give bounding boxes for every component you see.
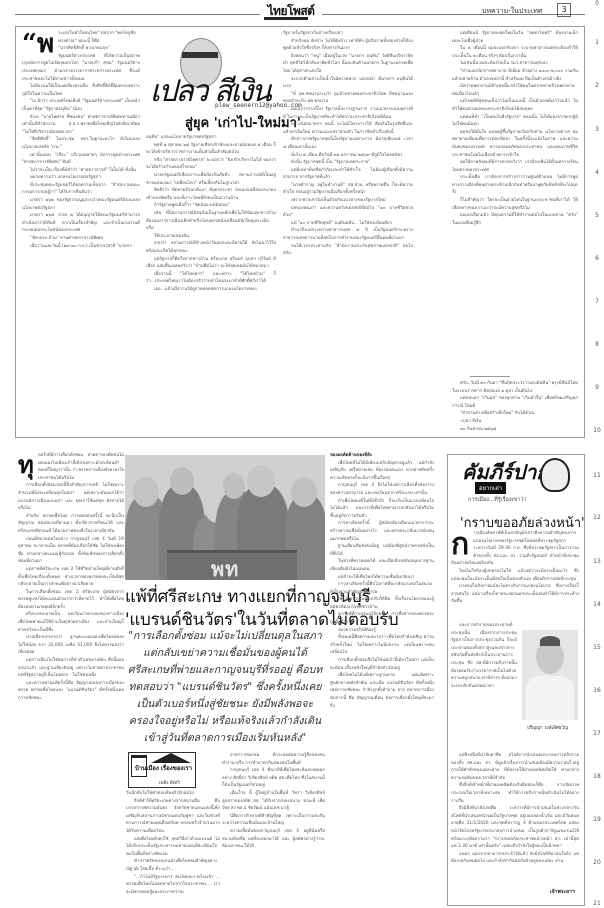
paragraph: หรือ "ศาสตราจารย์ไพศาล" จะบอกว่า "ยังเข้… (146, 157, 276, 172)
paragraph: ผมเองเลือกแล้ว มีคุณความดีให้ทำงานต่อไปใ… (452, 212, 578, 227)
party-logo-text: พท (211, 553, 239, 580)
ruler-mark: 13 (590, 558, 604, 565)
paragraph: ศรีสะเกษกลายเป็น บทเรียนราคาแพงของการเมื… (18, 611, 124, 634)
paragraph: เท่านั้นเหละ "เกือะ" บริเวณหลายๆ นักการท… (22, 152, 140, 167)
ruler-mark: 17 (590, 730, 604, 737)
paragraph: การเลือกตั้งซ่อมจึงไม่ใช่แค่เก้าอี้เดียว… (330, 657, 434, 672)
paragraph: เช่น ที่นี่สถานการณ์ปัจจุบันเป็นฐานหลักเ… (146, 210, 276, 233)
closing-divider (470, 376, 510, 377)
paragraph: ถ้ารัฐบาลพูดเมื่อกี้ว่า "ชุดน้อย-แต่ต่อเ… (146, 202, 276, 210)
side-column-byline: เจ้าพระยาฯ (550, 888, 575, 896)
person-head (133, 477, 159, 507)
paragraph: วันนี้กลับไม่ใช่คำตอบที่ลงตัวอีกต่อไป (126, 790, 220, 798)
paragraph: สรุปว่า สถานการณ์ที่ข้างหน้าวันออกและอีส… (146, 240, 276, 255)
paragraph: ใน ๔ เดือนนี้ ผมจะบอกกับเขา ระบาดสาธารณส… (452, 45, 578, 60)
ruler-mark: 15 (590, 644, 604, 651)
logo-underline (264, 17, 308, 20)
side-column-logo-subtitle: อยากเล่า (475, 482, 506, 494)
paragraph: แต่โดยดีที่สุดคนเห็นว่าไม่เป็นแบบนี้ เป็… (452, 98, 578, 113)
paragraph: คิดถึงว่า ที่ตลาดล้วนกลับมา ที่อุดรประชา… (146, 187, 276, 202)
closing-wish: แต่ขอบอก "เวินอุล" ของทุกท่าน "เวินดำริ้… (452, 395, 578, 410)
top-article-col-1: “พ ระเอกในหัวใจคนไทย" ต่อจาก "พลโทกูชัย … (22, 30, 140, 432)
paragraph: อาคาร-สุขเกษม ที่กระทบต่อความรู้สึกของคน… (222, 752, 325, 767)
bottom-article-col-3: อาคาร-สุขเกษม ที่กระทบต่อความรู้สึกของคน… (222, 752, 325, 906)
paragraph: ความเชื่อมั่นของกาญจนบุรี เขต 4 อยู่ที่น… (222, 828, 325, 851)
photo-caption: ปริญญา วงษ์เลิศธวัญ (527, 724, 568, 731)
ruler-mark: 2 (590, 82, 604, 89)
paragraph: หมายความว่า แถลงนโยบายต่อรัฐสภา (22, 174, 140, 182)
paragraph: ไม่ว่าจะเป็น เรื่องที่มีคำว่า "ศาสตราจาร… (22, 167, 140, 175)
paragraph: ก็ไม่สำคัญว่า ใครจะเป็นฝ่ายไหนในฐานะประช… (452, 197, 578, 212)
paragraph: ถ้าเพื่อไทยแพ้ในที่นี่ซ้ำอีก ก็จะเริ่มเป… (330, 498, 434, 521)
paragraph: ฝั่งสดนว่า "หนู" เมื่ออยู่ในเวท "นายกฯ อ… (283, 53, 413, 76)
ruler-mark: 4 (590, 169, 604, 176)
closing-signoff: -เปลว สีเงิน (452, 418, 578, 426)
candidates-photo: พท (125, 455, 325, 580)
politician-shirt (526, 676, 574, 720)
paragraph: นับไป ๔ เดือน คือวันที่ ๓๑ มกราคม ๒๕๖๙ ท… (283, 152, 413, 160)
paragraph: เมื่อเร็วๆ นี้ ผู้ใหญ่บ้านในพื้นที่ วัชร… (222, 790, 325, 813)
paragraph: การหาเสียงครั้งนี้คือโอกาสที่จะกลับมาแข่… (330, 581, 434, 596)
paragraph: จะบวกตัวอย่างเป็นน้ำใจมีพรรคพวก แต่งหน้า… (283, 76, 413, 91)
paragraph: "ชัด-ครบ-ถ้วน" ท่านศาสตราจารย์พิเศษ (22, 235, 140, 243)
column-logo-title: บ้านเมือง เรื่องของเรา (135, 765, 195, 772)
dropcap: ก (451, 532, 469, 558)
side-column-text-top: ก ารเมืองสัปดาห์ที่เป็นสาคัญมีกล่าวถึงคว… (451, 530, 579, 620)
closing-date: ๓๐ กันยายน ๒๕๖๘ (452, 426, 578, 434)
politician-photo (522, 630, 578, 720)
paragraph: เพื่อไทยจำเป็นต้องปรับวิธีคิด ทั้งเรื่อง… (330, 596, 434, 611)
paragraph: นายกรัฐมนตรีเลือกภาระเพื่อป้องกันภัยทั่ว… (146, 172, 276, 187)
paragraph: นี่คือการท้าทายที่สำคัญที่สุด เพราะเป็นก… (222, 813, 325, 828)
paragraph: "สิทธิศักดิ์" ไม่ประชุม ปคร.ในฐานะอะไร ย… (22, 136, 140, 151)
ruler-mark: 18 (590, 773, 604, 780)
paragraph: เมื่อวานนี้ "ได้ไทยคาร" และเพราะ "ได้ไทย… (146, 271, 276, 286)
paragraph: การเลือกตั้งซ่อมรอบนี้จึงสำคัญกว่าปกติ ไ… (18, 482, 124, 512)
paragraph: แต่สิ่งหนึ่งที่น่าจับตาคือ สไลด์การนำเสน… (451, 752, 579, 782)
dropcap: “พ (22, 32, 54, 56)
ruler-mark: 10 (590, 427, 604, 434)
top-article-col-4: แต่เดือนนี้ รัฐบาลจะชุดใหม่ในวัน "ลดยาไต… (452, 30, 578, 365)
ruler-mark: 20 (590, 859, 604, 866)
paragraph: "ท่านบอกนักการพยาบาล ดีเยี่ยม ตัวอย่าง ๑… (452, 68, 578, 83)
paragraph: กาญจนบุรี เขต 4 จึงไม่ใช่แค่การเลือกตั้ง… (330, 482, 434, 497)
politician-hair (540, 636, 560, 646)
paragraph: ซึ่งสิ่งที่เจ้าหน้าที่ฝ่ายเทคนิคต้องรับผ… (451, 782, 579, 805)
bottom-article-col-1: ทุ กครั้งที่มีการเลือกตั้งซ่อม สาดตารองต… (18, 452, 124, 906)
ruler-mark: 0 (590, 0, 604, 7)
sketch-glasses (182, 52, 218, 58)
column-logo-roof-icon (151, 753, 191, 763)
paragraph: จนได้เวลาประสานกับ "สำนักงานประกันสุขภาพ… (283, 243, 413, 258)
paragraph: "ที่ นพ.ชลน่านระบุว่า ดูแล้วหลายคนประชาธ… (283, 91, 413, 106)
paragraph: และการทำงานของประธานที่ประชุมนั้น เนื่อง… (451, 622, 517, 690)
ruler-mark: 3 (590, 126, 604, 133)
paragraph: ผมขอให้มั่นใจ ผมขอผู้ขึ้นรัฐบาลเรียกกับท… (452, 129, 578, 159)
paragraph: ในการเลือกตั้งซ่อม เขต 2 ศรีสะเกษ ผู้สมั… (18, 589, 124, 612)
paragraph: แหม่ๆ นอกจากสามารถประจำได้แล้ว ยังมีสไลด… (451, 851, 579, 866)
paragraph: ฐานเสียงเดิมยังคงมีอยู่ แต่ต้องพิสูจน์ว่… (330, 543, 434, 558)
paragraph: ใช้ประมาณของมัน (146, 233, 276, 241)
paragraph: "...ถ้าไม่มีรัฐประหาร คนไทยจะรวยไปแล้ว .… (126, 874, 220, 897)
cartoon-face-icon (540, 458, 570, 492)
paragraph: แต่มีเหล่าที่เหลือกำกับและทำให้สำเร็จ ไม… (283, 167, 413, 182)
ruler-mark: 21 (590, 900, 604, 907)
paragraph: ยังเจ "นายไพศาล พืชมงคล" ศาสตราจารย์พิเศ… (22, 114, 140, 137)
paragraph: ทั้งหมดนี้คือความหมายว่า เพื่อไทยกำลังเผ… (330, 634, 434, 657)
paragraph: ของความจริงที่ต้องรู้ (330, 627, 434, 635)
paragraph: แต่เพื่อไทยยังคงใช้ ยุทธวิธีเก่าด้วยแบรน… (126, 836, 220, 859)
paragraph: ทำมาถึงแต่กระทรวงสาธารณสุข ๔ ปี เป็นรัฐม… (283, 227, 413, 242)
paragraph: ต่อให้ภาคสังคมที่มีการคาดหวังว่า เราต้อง… (452, 159, 578, 174)
bottom-article-col-4: ของผลคัดค้านของที่ยัง เพื่อไทยที่ไม่ได้ม… (330, 452, 434, 906)
top-article-col-2: อนุทิน" แถลงนโยบายรัฐบาลต่อรัฐสภา พุธที่… (146, 134, 276, 432)
paragraph: บางคนก็อภิปรายแม้จะไม่ตรงกับการแถลงนโยบา… (451, 583, 579, 606)
paragraph: แต่การเมืองไม่ใช่สมการที่นำตัวเลขมาเทียบ… (18, 657, 124, 680)
paragraph: ของผลคัดค้านของที่ยัง (330, 452, 434, 460)
side-column-text-narrow: และการทำงานของประธานที่ประชุมนั้น เนื่อง… (451, 622, 517, 752)
paragraph: ไม่เช่นนั้น ผมจะต้องไปเป็น รมว.สาธารณสุข… (452, 60, 578, 68)
paragraph: สำหรับผม ฟังบ้าง ไม่ได้ฟังบ้าง เท่าที่ฟั… (283, 38, 413, 53)
paragraph: แต่เดือนนี้ รัฐบาลจะชุดใหม่ในวัน "ลดยาไต… (452, 30, 578, 45)
ruler-mark: 6 (590, 255, 604, 262)
paragraph: ไม่ต้องบ่นให้เป็นแค่เสียงปรบมือ สิ่งศักด… (22, 83, 140, 98)
side-column-text-bottom: แต่สิ่งหนึ่งที่น่าจับตาคือ สไลด์การนำเสน… (451, 752, 579, 882)
paragraph: รัฐบาลในรัฐสภากันบ้างหรือเปล่า (283, 30, 413, 38)
paragraph: นายเสือฯบรรยายว่า ฐานคะแนนของเพื่อไทยลดล… (18, 634, 124, 657)
section-label: บทความ-ในประเทศ (482, 6, 542, 17)
person-head (223, 473, 245, 499)
paragraph: แต่ "๑๐ บาทชีวิตสุขดี" อนุทินคลับ... ไม่… (283, 220, 413, 228)
paragraph: แต่รัฐบาลก็ติดใจจากชาวบ้าน ศรีสะเกษ สุริ… (146, 256, 276, 271)
paragraph: โดยไม่ใช่ร้องผู้ปกครองไม่ใช่ แล้วแต่ว่าจ… (451, 568, 579, 583)
paragraph: ก่อนที่สนามต่อไปอย่าง กาญจนบุรี เขต 4 วั… (18, 536, 124, 566)
paragraph: แต่ถ้าจะให้เพื่อไทยได้ความเชื่อมั่นกลับม… (330, 574, 434, 582)
paragraph: คำปราศรัยของแกนนำเพื่อไทยคนสำคัญอย่าง ณั… (126, 858, 220, 873)
ruler-mark: 14 (590, 601, 604, 608)
bottom-article-col-2: วันนี้กลับไม่ใช่คำตอบที่ลงตัวอีกต่อไป สิ… (126, 790, 220, 906)
person-head (170, 467, 194, 495)
paragraph: ผลของคนเก่า และความหวังของสตรีที่ต่อไป "… (283, 205, 413, 220)
paragraph: มีความพยายามมีตัวเลขนี้มาทำให้คนในพวกหลา… (452, 83, 578, 98)
paragraph: หากแพ้ที่กาญจนบุรีอีกครั้ง การสื่อสารของ… (330, 611, 434, 626)
paragraph: ที่กล่าวภาพรัฐบาลสุดนี้เป็นรัฐบาลเฉพาะกา… (283, 136, 413, 151)
ruler-mark: 7 (590, 298, 604, 305)
paragraph: เมื่อวานและวันนี้ (๒๙-๓๐ ก.ย.) เป็นช่วงเ… (22, 243, 140, 251)
paragraph: ที่ประชุมคณะรัฐมนตรีได้ยอความเห็นจาก "สำ… (22, 182, 140, 197)
paragraph: เพราะพวกเขาไม่เห็นด้วยกับแนวทางของรัฐบาล… (283, 197, 413, 205)
ruler-mark: 5 (590, 212, 604, 219)
ruler-mark: 11 (590, 472, 604, 479)
closing-note: ครับ..วันนี้ ๓๐ กันยา "ชื่นปีตประวรวามอง… (452, 380, 578, 395)
paragraph: "ณ ปีกว่า ประเทศไทยเพิ่งมี "รัฐมนตรีต่าง… (22, 98, 140, 113)
paragraph: อนุทิน" แถลงนโยบายรัฐบาลต่อรัฐสภา (146, 134, 276, 142)
ruler-mark: 16 (590, 687, 604, 694)
ruler-mark: 9 (590, 384, 604, 391)
paragraph: เพื่อไทยไม่ได้แพ้เพราะฐานหาย แต่แพ้เพราะ… (330, 672, 434, 710)
paragraph: ประเด็นคือ เราต้องการสร้างการรวมศูนย์ตัว… (452, 174, 578, 197)
ruler-mark: 1 (590, 39, 604, 46)
paragraph: ผมเองว่าจากนี้ไป รัฐบาลนี้จะวางฐานราก วา… (283, 106, 413, 121)
dropcap: ทุ (18, 454, 34, 476)
side-column-tagline: การเมือง...ที่รู้เรื่องเขาว่า (468, 496, 526, 504)
paragraph: พุธที่ ๑ ตุลาคม ๖๘ รัฐบาลเลือกเข้าห้องแล… (146, 142, 276, 157)
paragraph: มาตรา ๑๖๒ ของรัฐธรรมนูญระบุว่าคณะรัฐมนตร… (22, 197, 140, 212)
top-article-col-3: รัฐบาลในรัฐสภากันบ้างหรือเปล่า สำหรับผม … (283, 30, 413, 432)
person-head (291, 477, 317, 507)
closing-blessing: "ทำตามต่างเพื่อสร้างสิ่งใหม่" กับได้ด้วย… (452, 410, 578, 418)
ruler-mark: 12 (590, 514, 604, 521)
paragraph: ในช่วงที่พรรคเคยได้ และเมื่อเสียงสนับสนุ… (330, 558, 434, 573)
paragraph: มาตรา ๑๖๔ วรรค ๒ ได้อนุญาตให้คณะรัฐมนตรี… (22, 212, 140, 235)
paragraph: การหาเสียงครั้งนี้ ผู้สมัครต้องเลือกแนวท… (330, 520, 434, 543)
ruler-mark: 8 (590, 341, 604, 348)
page-ruler: 0 1 2 3 4 5 6 7 8 9 10 11 12 13 14 15 16… (588, 0, 604, 908)
paragraph: "นายสำราญ อยู่ในทำงานดี" สส.ส่วน หรือพรร… (283, 182, 413, 197)
paragraph: ารเมืองสัปดาห์ที่เป็นสาคัญมีกล่าวถึงความ… (451, 530, 579, 568)
column-logo: บ้านเมือง เรื่องของเรา เพลิง สีเทวี (128, 752, 196, 788)
paragraph: สำหรับ พรรคเพื่อไทย การทดสอบครั้งนี้ คะน… (18, 513, 124, 536)
paragraph: และความพ่ายแพ้ครั้งนี้คือ สัญญาณของการเม… (18, 680, 124, 703)
paragraph: เออ...แล้วเมื่อวานได้ดูถ่ายทอดสดการแถลงน… (146, 286, 276, 294)
page-number: 3 (557, 3, 571, 17)
paragraph: สิ่งที่ทำให้ศรีสะเกษต่างจากสนามอื่น คือ … (126, 798, 220, 836)
top-article-closing: ครับ..วันนี้ ๓๐ กันยา "ชื่นปีตประวรวามอง… (452, 380, 578, 434)
paragraph: ดังนั้น รัฐบาลชุดนี้ เป็น "รัฐบาลเฉพาะกา… (283, 159, 413, 167)
paragraph: แต่คนที่ทำ "เป็นคนในสิ่งรัฐบาล" ตอนนั้น … (452, 114, 578, 129)
person-head (247, 465, 275, 497)
paragraph: กาญจนบุรี เขต 4 คือเวทีที่เพื่อไทยจะต้อง… (222, 767, 325, 790)
pull-quote: "การเลือกตั้งซ่อม แม้จะไม่เปลี่ยนดุลในสภ… (125, 628, 325, 747)
paragraph: แต่ภาพที่ศรีสะเกษ เขต 2 ใช้ชีวิตบ้านใหญ่… (18, 566, 124, 589)
paragraph: จึงมีสิ่งที่น่าสังเกตคือ ระหว่างที่มีการ… (451, 805, 579, 851)
paragraph: อย่างน้อยนายกฯ คนนี้ จะไม่มีโครงการให้ ค… (283, 121, 413, 136)
ruler-mark: 19 (590, 816, 604, 823)
column-logo-byline: เพลิง สีเทวี (159, 779, 180, 786)
paragraph: เพื่อไทยที่ไม่ได้มีเพียงแค่รับปัญหาอยู่แ… (330, 460, 434, 483)
